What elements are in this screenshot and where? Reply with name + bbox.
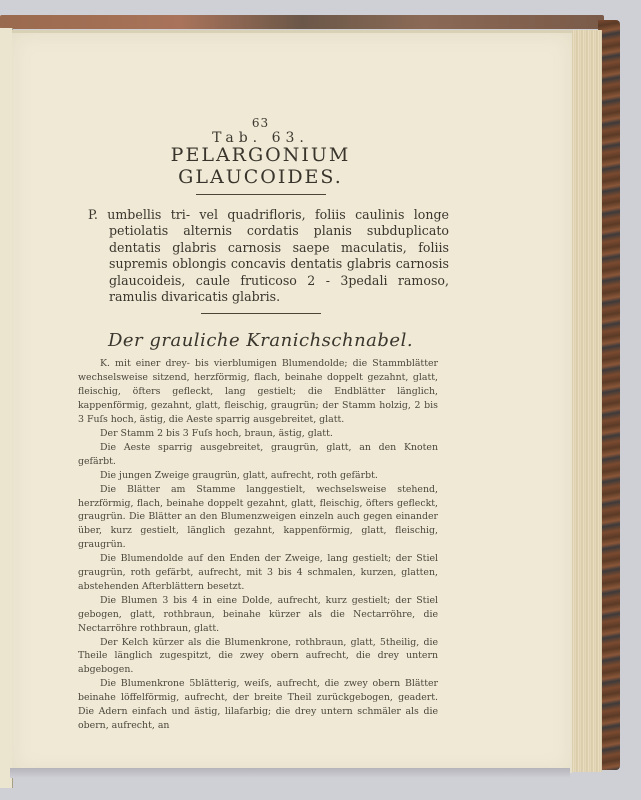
german-description: K. mit einer drey- bis vierblumigen Blum… [78,357,438,732]
description-paragraph: Die Blumendolde auf den Enden der Zweige… [78,552,438,594]
binding-top [0,15,604,29]
page-number: 63 [88,116,433,130]
page-edges [570,30,602,772]
page-content: 63 Tab. 63. PELARGONIUM GLAUCOIDES. P. u… [88,116,433,733]
title-divider [196,194,326,195]
description-paragraph: Die Aeste sparrig ausgebreitet, graugrün… [78,441,438,469]
description-paragraph: Die Blumen 3 bis 4 in eine Dolde, aufrec… [78,594,438,636]
latin-diagnosis: P. umbellis tri- vel quadrifloris, folii… [88,207,449,305]
description-paragraph: Die Blätter am Stamme langgestielt, wech… [78,483,438,553]
description-paragraph: Die Blumenkrone 5blätterig, weiſs, aufre… [78,677,438,733]
species-title: PELARGONIUM GLAUCOIDES. [88,144,433,188]
page-bottom-shadow [10,768,570,778]
description-paragraph: Die jungen Zweige graugrün, glatt, aufre… [78,469,438,483]
description-paragraph: K. mit einer drey- bis vierblumigen Blum… [78,357,438,427]
diagnosis-divider [201,313,321,314]
common-name-heading: Der grauliche Kranichschnabel. [88,330,433,351]
description-paragraph: Der Stamm 2 bis 3 Fuſs hoch, braun, ästi… [78,427,438,441]
description-paragraph: Der Kelch kürzer als die Blumenkrone, ro… [78,636,438,678]
